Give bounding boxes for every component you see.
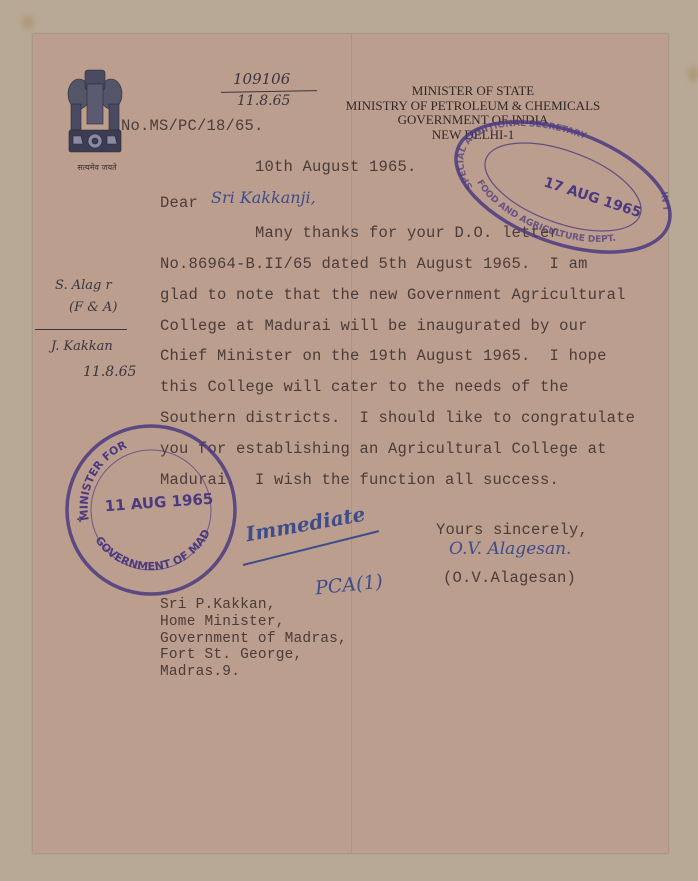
- emblem-motto: सत्यमेव जयते: [67, 162, 127, 173]
- stain: [22, 15, 34, 29]
- body-line: glad to note that the new Government Agr…: [160, 286, 626, 304]
- margin-note: (F & A): [69, 300, 117, 315]
- salutation: Dear: [160, 194, 198, 212]
- svg-text:SPECIAL ADDITIONAL SECRETARY: SPECIAL ADDITIONAL SECRETARY: [456, 119, 588, 191]
- recipient-line: Government of Madras,: [160, 631, 347, 647]
- letterhead-line: MINISTER OF STATE: [323, 84, 623, 99]
- signature: O.V. Alagesan.: [449, 539, 571, 559]
- state-emblem-of-india-icon: [63, 64, 127, 168]
- margin-note: J. Kakkan: [51, 339, 113, 354]
- government-of-madras-stamp: MINISTER FOR GOVERNMENT OF MADRAS 11 AUG…: [61, 420, 241, 600]
- stamp-date: 17 AUG 1965: [542, 175, 643, 222]
- stamp-date: 11 AUG 1965: [104, 490, 214, 516]
- flower-icon: ✤: [77, 515, 83, 526]
- body-line: Chief Minister on the 19th August 1965. …: [160, 347, 607, 365]
- recipient-line: Home Minister,: [160, 614, 285, 630]
- body-line: this College will cater to the needs of …: [160, 378, 569, 396]
- letter-paper: सत्यमेव जयते 109106 11.8.65 No.MS/PC/18/…: [33, 34, 668, 853]
- stain: [688, 66, 698, 82]
- file-number-bottom: 11.8.65: [237, 93, 290, 109]
- margin-note: S. Alag r: [55, 278, 112, 293]
- initials-annotation: PCA(1): [314, 571, 384, 600]
- body-line: No.86964-B.II/65 dated 5th August 1965. …: [160, 255, 588, 273]
- recipient-line: Fort St. George,: [160, 647, 302, 663]
- reference-number: No.MS/PC/18/65.: [121, 117, 264, 135]
- stamp-top-text: SPECIAL ADDITIONAL SECRETARY: [456, 119, 588, 191]
- sender-name: (O.V.Alagesan): [443, 569, 576, 587]
- body-line: College at Madurai will be inaugurated b…: [160, 317, 588, 335]
- margin-note-rule: [35, 329, 127, 330]
- letterhead-line: MINISTRY OF PETROLEUM & CHEMICALS: [323, 99, 623, 114]
- recipient-line: Madras.9.: [160, 664, 240, 680]
- salutation-handwritten: Sri Kakkanji,: [211, 188, 316, 207]
- stamp-side-text: IN'T: [658, 191, 671, 213]
- valediction: Yours sincerely,: [436, 521, 588, 539]
- food-agriculture-dept-stamp: SPECIAL ADDITIONAL SECRETARY FOOD AND AG…: [443, 122, 683, 252]
- letter-date: 10th August 1965.: [255, 158, 417, 176]
- file-number-top: 109106: [233, 70, 290, 88]
- margin-note-date: 11.8.65: [83, 364, 136, 380]
- recipient-line: Sri P.Kakkan,: [160, 597, 276, 613]
